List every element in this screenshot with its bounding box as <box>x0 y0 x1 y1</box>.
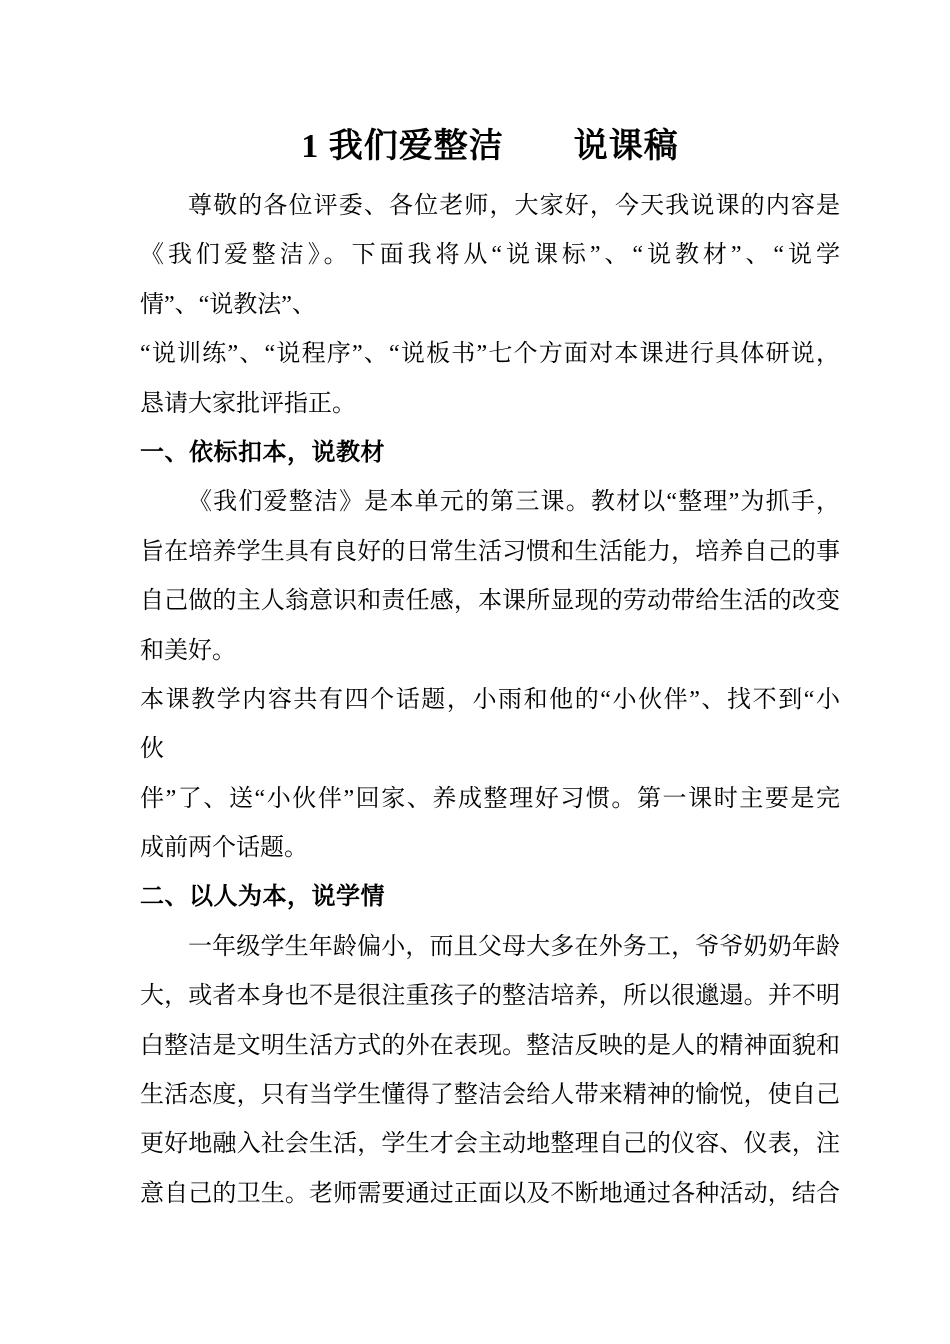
text-line: 意自己的卫生。老师需要通过正面以及不断地通过各种活动，结合 <box>140 1170 840 1219</box>
text-line: 情”、“说教法”、 <box>140 281 840 330</box>
text-line: 本课教学内容共有四个话题，小雨和他的“小伙伴”、找不到“小 <box>140 676 840 725</box>
text-line: 更好地融入社会生活，学生才会主动地整理自己的仪容、仪表，注 <box>140 1120 840 1169</box>
section-heading: 二、以人为本，说学情 <box>140 873 840 922</box>
document-page: 1 我们爱整洁 说课稿 尊敬的各位评委、各位老师，大家好，今天我说课的内容是 《… <box>0 0 950 1344</box>
text-line: “说训练”、“说程序”、“说板书”七个方面对本课进行具体研说， <box>140 330 840 379</box>
text-line: 尊敬的各位评委、各位老师，大家好，今天我说课的内容是 <box>140 182 840 231</box>
text-line: 《我们爱整洁》。下面我将从“说课标”、“说教材”、“说学 <box>140 231 840 280</box>
text-line: 和美好。 <box>140 627 840 676</box>
page-title: 1 我们爱整洁 说课稿 <box>140 112 840 182</box>
text-line: 伙 <box>140 725 840 774</box>
text-line: 旨在培养学生具有良好的日常生活习惯和生活能力，培养自己的事 <box>140 528 840 577</box>
text-line: 大，或者本身也不是很注重孩子的整洁培养，所以很邋遢。并不明 <box>140 972 840 1021</box>
text-line: 伴”了、送“小伙伴”回家、养成整理好习惯。第一课时主要是完 <box>140 775 840 824</box>
text-line: 《我们爱整洁》是本单元的第三课。教材以“整理”为抓手， <box>140 478 840 527</box>
text-line: 生活态度，只有当学生懂得了整洁会给人带来精神的愉悦，使自己 <box>140 1071 840 1120</box>
text-line: 白整洁是文明生活方式的外在表现。整洁反映的是人的精神面貌和 <box>140 1022 840 1071</box>
text-line: 自己做的主人翁意识和责任感，本课所显现的劳动带给生活的改变 <box>140 577 840 626</box>
text-line: 一年级学生年龄偏小，而且父母大多在外务工，爷爷奶奶年龄 <box>140 923 840 972</box>
text-line: 成前两个话题。 <box>140 824 840 873</box>
section-heading: 一、依标扣本，说教材 <box>140 429 840 478</box>
text-line: 恳请大家批评指正。 <box>140 380 840 429</box>
